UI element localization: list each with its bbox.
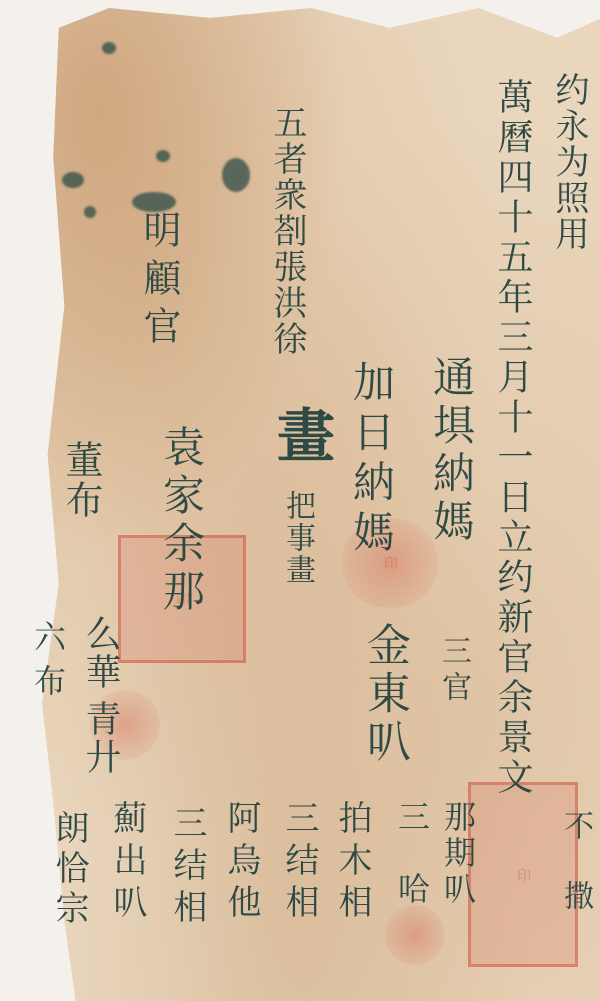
witness-name: 三哈 [396,800,428,944]
witness-name: 那期叭 [442,800,474,908]
text-column-liu: 六布 [32,620,64,708]
witness-name: 不撒 [560,810,590,950]
text-column-name-4: 金東叭 [362,622,406,766]
ink-smudge [62,172,84,188]
signature-mark: 畫 [272,405,330,465]
ink-smudge [132,192,176,212]
ink-smudge [102,42,116,54]
text-column-agent: 把事畫 [282,490,312,586]
witness-name: 薊出叭 [110,800,144,926]
text-column-ming: 明顧官 [140,210,178,354]
text-column-dong: 董布 [62,440,100,520]
witness-name: 三结相 [170,805,204,931]
text-column-name-1: 通埧納媽 [430,355,472,547]
witness-name: 朗恰宗 [52,810,86,930]
witness-name: 三结相 [282,800,316,926]
text-column-name-3: 加日納媽 [350,360,392,560]
text-column-name-2: 三官 [438,635,468,707]
text-column-officials: 五者衆剳張洪徐 [270,105,304,357]
text-column-yuan: 袁家余那 [160,425,202,617]
witness-name: 拍木相 [335,800,369,926]
text-column-qing: 青廾 [82,700,118,776]
text-column-yao: 么華 [82,615,118,691]
text-column-date-signer: 萬曆四十五年三月十一日立约新官余景文 [494,78,530,798]
witness-name: 阿烏他 [224,800,258,926]
ink-smudge [222,158,250,192]
text-column-closing: 约永为照用 [552,72,586,252]
ink-smudge [84,206,96,218]
ink-smudge [156,150,170,162]
